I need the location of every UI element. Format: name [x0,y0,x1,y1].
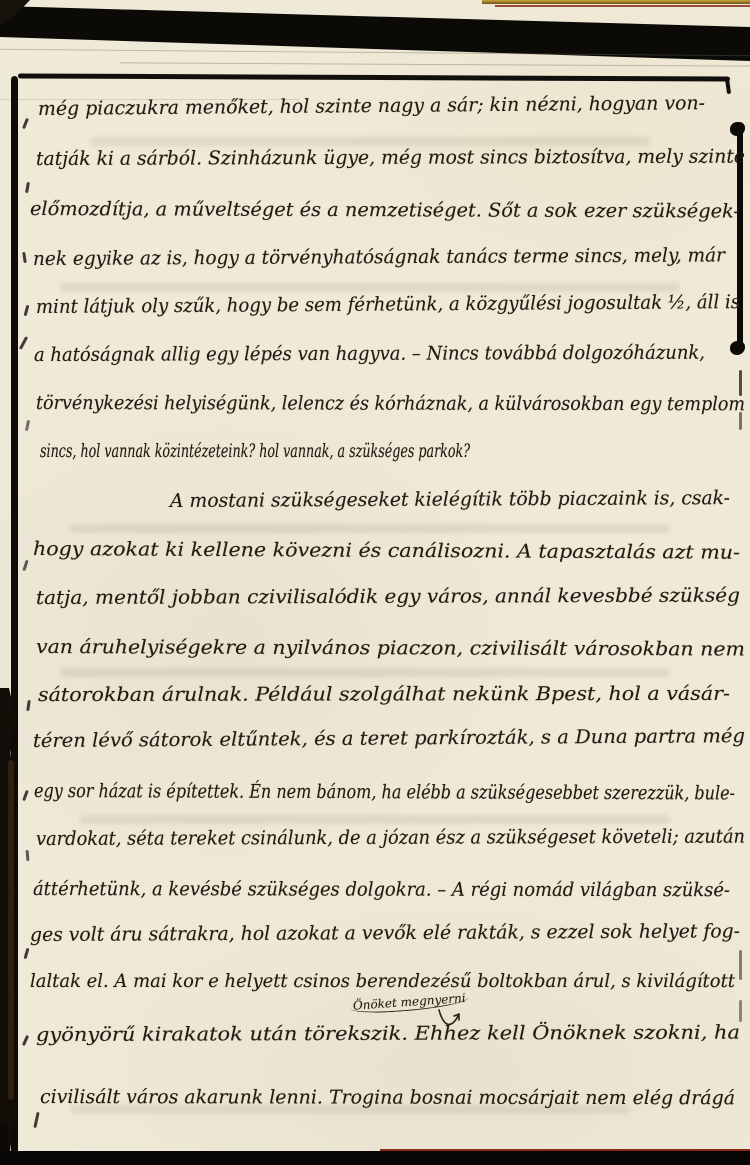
red-page-edge [495,5,750,7]
margin-pen-mark [25,420,30,431]
show-through-ghost [70,524,670,533]
manuscript-line: A mostani szükségeseket kielégítik több … [170,489,730,511]
gilt-page-edge [482,0,750,4]
paper-crease [120,62,750,66]
ink-blot [730,341,745,355]
show-through-ghost [60,668,670,677]
manuscript-line: hogy azokat ki kellene kövezni és canáli… [33,540,740,563]
margin-pen-mark [22,252,27,263]
margin-pen-mark [22,118,29,129]
manuscript-line: áttérhetünk, a kevésbé szükséges dolgokr… [33,880,730,900]
manuscript-line: a hatóságnak allig egy lépés van hagyva.… [34,344,705,365]
scan-top-black-band [0,0,750,70]
binding-edge-shadow [8,760,14,1100]
margin-pen-mark [22,560,28,571]
manuscript-line: egy sor házat is építettek. Én nem bánom… [34,782,735,803]
manuscript-line: még piaczukra menőket, hol szinte nagy a… [38,94,705,119]
show-through-ghost [90,137,650,146]
manuscript-line: előmozdítja, a műveltséget és a nemzetis… [30,200,740,221]
manuscript-line: tatja, mentől jobban czivilisalódik egy … [36,587,740,608]
scan-edge-mark [0,1124,8,1154]
manuscript-line: civilisált város akarunk lenni. Trogina … [40,1088,735,1108]
margin-pen-mark [33,1112,39,1128]
margin-pen-mark [24,305,30,316]
frame-right-line [739,370,742,396]
manuscript-line: nek egyike az is, hogy a törvényhatóságn… [33,246,725,269]
manuscript-page-scan: még piaczukra menőket, hol szinte nagy a… [0,0,750,1165]
margin-pen-mark [26,700,31,711]
manuscript-line: tatják ki a sárból. Szinházunk ügye, még… [36,148,745,169]
insertion-caret-mark [437,1008,465,1032]
manuscript-line: mint látjuk oly szűk, hogy be sem férhet… [36,293,740,317]
manuscript-line: sátorokban árulnak. Például szolgálhat n… [38,685,730,705]
margin-pen-mark [22,790,29,801]
manuscript-line: laltak el. A mai kor e helyett csinos be… [30,972,735,991]
margin-pen-mark [24,948,30,959]
margin-pen-mark [22,1035,29,1046]
frame-right-line [739,950,742,980]
manuscript-line: ges volt áru sátrakra, hol azokat a vevő… [30,922,740,945]
frame-top-line [725,78,731,94]
margin-pen-mark [25,182,30,193]
show-through-ghost [60,283,680,292]
show-through-ghost [80,815,670,824]
manuscript-line: törvénykezési helyiségünk, lelencz és kó… [36,394,745,414]
manuscript-line: vardokat, séta tereket csinálunk, de a j… [36,828,745,849]
margin-pen-mark [19,336,28,350]
scan-bottom-black-bar [0,1151,750,1165]
frame-right-line [739,1000,742,1022]
manuscript-line: gyönyörű kirakatok után törekszik. Ehhez… [36,1024,740,1045]
manuscript-line: téren lévő sátorok eltűntek, és a teret … [33,727,745,751]
manuscript-line: van áruhelyiségekre a nyilvános piaczon,… [36,638,745,659]
frame-top-line [18,73,730,81]
manuscript-line: sincs, hol vannak közintézeteink? hol va… [40,442,470,461]
margin-pen-mark [26,850,30,861]
